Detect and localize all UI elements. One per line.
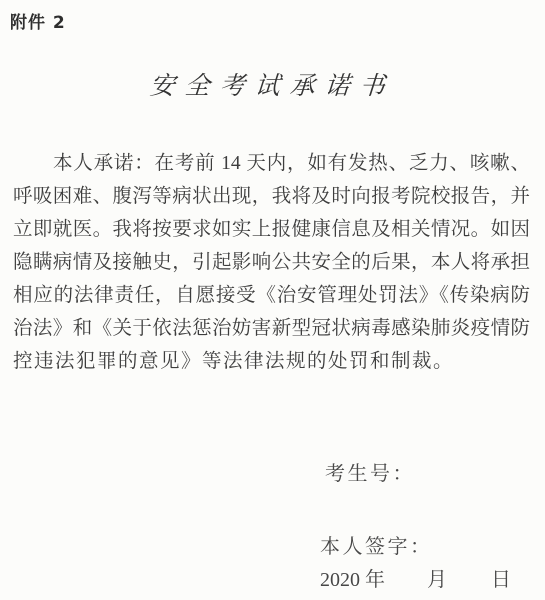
date-line: 2020 年月日 xyxy=(320,563,511,592)
signature-label: 本人签字： xyxy=(320,530,433,559)
attachment-label: 附件 2 xyxy=(10,8,66,33)
date-year: 2020 年 xyxy=(320,569,385,591)
body-line-4: 隐瞒病情及接触史，引起影响公共安全的后果，本人将承担 xyxy=(13,246,530,279)
body-line-5: 相应的法律责任，自愿接受《治安管理处罚法》《传染病防 xyxy=(13,279,530,312)
candidate-number-label: 考生号： xyxy=(325,457,415,486)
body-line-7: 控违法犯罪的意见》等法律法规的处罚和制裁。 xyxy=(13,345,530,378)
date-month: 月 xyxy=(427,569,447,591)
body-line-6: 治法》和《关于依法惩治妨害新型冠状病毒感染肺炎疫情防 xyxy=(13,312,530,345)
document-page: 附件 2 安全考试承诺书 本人承诺：在考前 14 天内，如有发热、乏力、咳嗽、 … xyxy=(0,0,545,600)
body-line-3: 立即就医。我将按要求如实上报健康信息及相关情况。如因 xyxy=(13,213,530,246)
document-title: 安全考试承诺书 xyxy=(0,66,545,102)
date-day: 日 xyxy=(491,569,511,591)
body-line-2: 呼吸困难、腹泻等病状出现，我将及时向报考院校报告，并 xyxy=(13,180,530,213)
body-line-1: 本人承诺：在考前 14 天内，如有发热、乏力、咳嗽、 xyxy=(13,147,530,180)
body-paragraph: 本人承诺：在考前 14 天内，如有发热、乏力、咳嗽、 呼吸困难、腹泻等病状出现，… xyxy=(13,147,530,378)
